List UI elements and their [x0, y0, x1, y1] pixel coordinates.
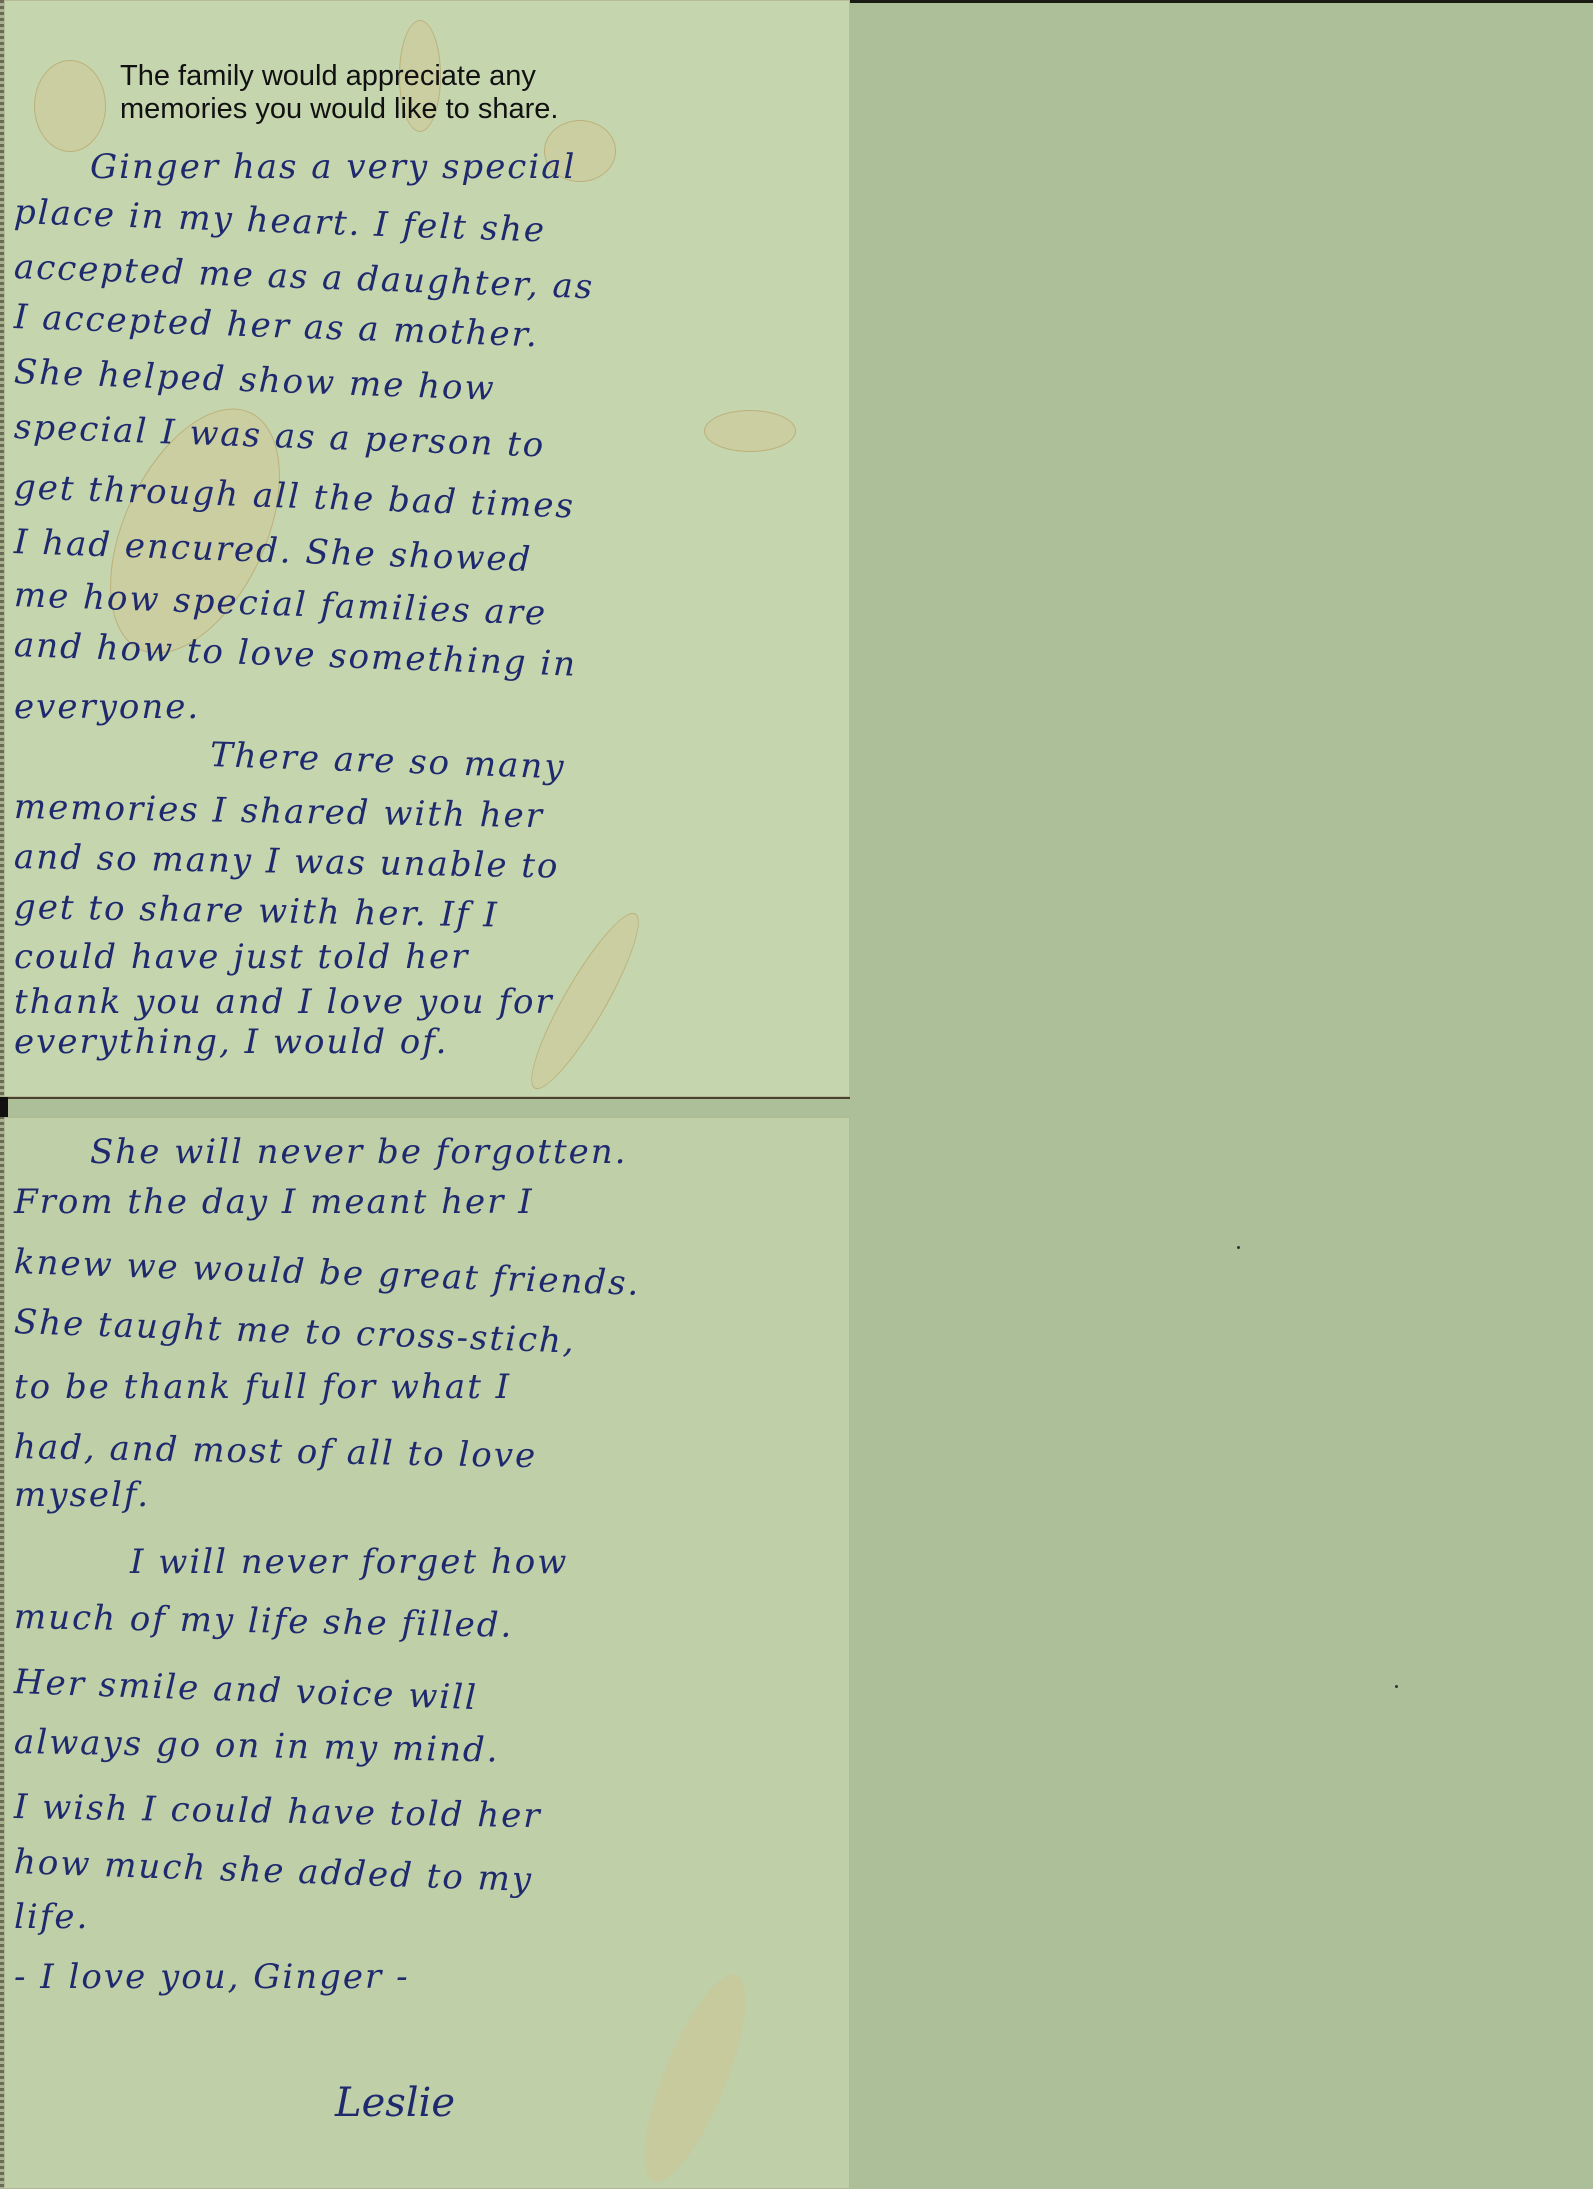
tea-stain — [34, 60, 106, 152]
handwritten-line: life. — [14, 1900, 89, 1934]
handwritten-line: to be thank full for what I — [14, 1370, 511, 1404]
handwritten-line: thank you and I love you for — [14, 985, 554, 1019]
scan-speck — [1395, 1685, 1398, 1688]
scan-speck — [1237, 1246, 1240, 1249]
handwritten-line: I wish I could have told her — [14, 1790, 542, 1833]
signature: Leslie — [335, 2080, 455, 2126]
handwritten-line: memories I shared with her — [14, 790, 545, 833]
handwritten-line: She will never be forgotten. — [90, 1135, 627, 1169]
handwritten-line: everyone. — [14, 690, 200, 724]
handwritten-line: everything, I would of. — [14, 1025, 448, 1059]
handwritten-line: always go on in my mind. — [14, 1725, 500, 1767]
handwritten-line: much of my life she filled. — [14, 1600, 514, 1643]
tea-stain — [625, 1963, 766, 2189]
handwritten-line: myself. — [14, 1478, 150, 1512]
tea-stain — [704, 410, 796, 452]
handwritten-line: get to share with her. If I — [14, 890, 499, 932]
printed-header: The family would appreciate any memories… — [120, 60, 558, 126]
handwritten-line: and so many I was unable to — [14, 840, 560, 884]
card-gap-shadow — [0, 1097, 8, 1117]
handwritten-line: had, and most of all to love — [14, 1430, 538, 1473]
closing-line: - I love you, Ginger - — [14, 1960, 410, 1994]
handwritten-line: Ginger has a very special — [90, 150, 576, 184]
handwritten-line: could have just told her — [14, 940, 469, 974]
handwritten-line: From the day I meant her I — [14, 1185, 534, 1219]
scanner-edge-strip — [850, 0, 1593, 3]
handwritten-line: I will never forget how — [130, 1545, 568, 1579]
